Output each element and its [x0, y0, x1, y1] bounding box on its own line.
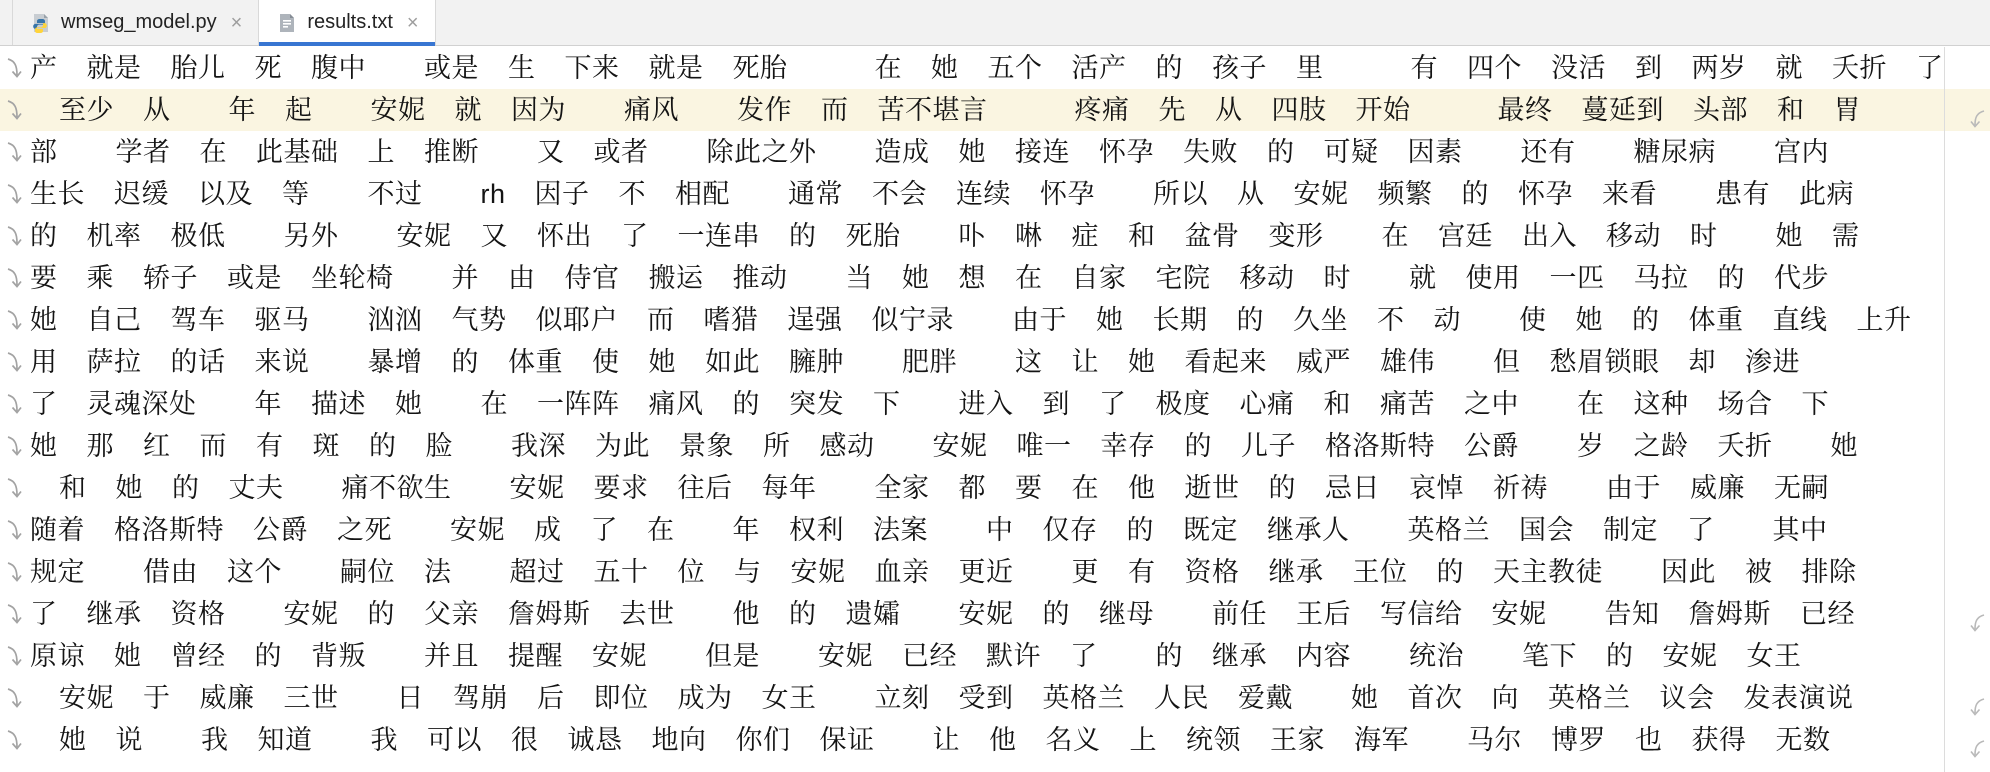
active-tab-underline — [259, 42, 434, 46]
editor-line[interactable]: 安妮 于 威廉 三世 日 驾崩 后 即位 成为 女王 立刻 受到 英格兰 人民 … — [0, 677, 1990, 719]
line-text: 安妮 于 威廉 三世 日 驾崩 后 即位 成为 女王 立刻 受到 英格兰 人民 … — [30, 677, 1854, 719]
editor-line[interactable]: 规定 借由 这个 嗣位 法 超过 五十 位 与 安妮 血亲 更近 更 有 资格 … — [0, 551, 1990, 593]
editor-line[interactable]: 的 机率 极低 另外 安妮 又 怀出 了 一连串 的 死胎 卟 啉 症 和 盆骨… — [0, 215, 1990, 257]
line-text: 她 那 红 而 有 斑 的 脸 我深 为此 景象 所 感动 安妮 唯一 幸存 的… — [30, 425, 1858, 467]
soft-wrap-arrow-icon — [5, 435, 23, 459]
soft-wrap-arrow-icon — [5, 393, 23, 417]
soft-wrap-arrow-icon — [5, 99, 23, 123]
soft-wrap-arrow-icon — [5, 729, 23, 753]
line-text: 生长 迟缓 以及 等 不过 rh 因子 不 相配 通常 不会 连续 怀孕 所以 … — [30, 173, 1854, 215]
soft-wrap-arrow-icon — [5, 603, 23, 627]
editor-line[interactable]: 生长 迟缓 以及 等 不过 rh 因子 不 相配 通常 不会 连续 怀孕 所以 … — [0, 173, 1990, 215]
editor-line[interactable]: 用 萨拉 的话 来说 暴增 的 体重 使 她 如此 臃肿 肥胖 这 让 她 看起… — [0, 341, 1990, 383]
line-text: 至少 从 年 起 安妮 就 因为 痛风 发作 而 苦不堪言 疼痛 先 从 四肢 … — [30, 89, 1861, 131]
editor-tab-bar: wmseg_model.py × results.txt × — [0, 0, 1990, 46]
editor-line[interactable]: 她 自己 驾车 驱马 汹汹 气势 似耶户 而 嗜猎 逞强 似宁录 由于 她 长期… — [0, 299, 1990, 341]
line-text: 用 萨拉 的话 来说 暴增 的 体重 使 她 如此 臃肿 肥胖 这 让 她 看起… — [30, 341, 1800, 383]
soft-wrap-arrow-icon — [5, 141, 23, 165]
tab-label: results.txt — [307, 11, 393, 34]
line-text: 和 她 的 丈夫 痛不欲生 安妮 要求 往后 每年 全家 都 要 在 他 逝世 … — [30, 467, 1829, 509]
soft-wrap-right-icon — [1969, 109, 1987, 131]
soft-wrap-right-icon — [1969, 739, 1987, 761]
ide-window: wmseg_model.py × results.txt × 产 就是 胎儿 死… — [0, 0, 1990, 772]
soft-wrap-arrow-icon — [5, 309, 23, 333]
editor-line[interactable]: 了 灵魂深处 年 描述 她 在 一阵阵 痛风 的 突发 下 进入 到 了 极度 … — [0, 383, 1990, 425]
soft-wrap-arrow-icon — [5, 561, 23, 585]
soft-wrap-arrow-icon — [5, 267, 23, 291]
line-text: 原谅 她 曾经 的 背叛 并且 提醒 安妮 但是 安妮 已经 默许 了 的 继承… — [30, 635, 1802, 677]
editor-line[interactable]: 她 说 我 知道 我 可以 很 诚恳 地向 你们 保证 让 他 名义 上 统领 … — [0, 719, 1990, 761]
editor-pane[interactable]: 产 就是 胎儿 死 腹中 或是 生 下来 就是 死胎 在 她 五个 活产 的 孩… — [0, 47, 1990, 772]
editor-line[interactable]: 部 学者 在 此基础 上 推断 又 或者 除此之外 造成 她 接连 怀孕 失败 … — [0, 131, 1990, 173]
editor-line[interactable]: 要 乘 轿子 或是 坐轮椅 并 由 侍官 搬运 推动 当 她 想 在 自家 宅院… — [0, 257, 1990, 299]
soft-wrap-arrow-icon — [5, 225, 23, 249]
line-text: 了 灵魂深处 年 描述 她 在 一阵阵 痛风 的 突发 下 进入 到 了 极度 … — [30, 383, 1829, 425]
tab-results-txt[interactable]: results.txt × — [259, 0, 435, 45]
tab-wmseg-model-py[interactable]: wmseg_model.py × — [12, 0, 259, 45]
editor-line[interactable]: 原谅 她 曾经 的 背叛 并且 提醒 安妮 但是 安妮 已经 默许 了 的 继承… — [0, 635, 1990, 677]
line-text: 规定 借由 这个 嗣位 法 超过 五十 位 与 安妮 血亲 更近 更 有 资格 … — [30, 551, 1857, 593]
soft-wrap-arrow-icon — [5, 57, 23, 81]
soft-wrap-arrow-icon — [5, 183, 23, 207]
soft-wrap-arrow-icon — [5, 477, 23, 501]
line-text: 了 继承 资格 安妮 的 父亲 詹姆斯 去世 他 的 遗孀 安妮 的 继母 前任… — [30, 593, 1855, 635]
editor-line[interactable]: 和 她 的 丈夫 痛不欲生 安妮 要求 往后 每年 全家 都 要 在 他 逝世 … — [0, 467, 1990, 509]
editor-line[interactable]: 至少 从 年 起 安妮 就 因为 痛风 发作 而 苦不堪言 疼痛 先 从 四肢 … — [0, 89, 1990, 131]
editor-line[interactable]: 了 继承 资格 安妮 的 父亲 詹姆斯 去世 他 的 遗孀 安妮 的 继母 前任… — [0, 593, 1990, 635]
close-icon[interactable]: × — [231, 13, 243, 33]
editor-lines: 产 就是 胎儿 死 腹中 或是 生 下来 就是 死胎 在 她 五个 活产 的 孩… — [0, 47, 1990, 761]
line-text: 随着 格洛斯特 公爵 之死 安妮 成 了 在 年 权利 法案 中 仅存 的 既定… — [30, 509, 1828, 551]
editor-line[interactable]: 产 就是 胎儿 死 腹中 或是 生 下来 就是 死胎 在 她 五个 活产 的 孩… — [0, 47, 1990, 89]
tab-label: wmseg_model.py — [61, 11, 217, 34]
soft-wrap-right-icon — [1969, 613, 1987, 635]
soft-wrap-arrow-icon — [5, 519, 23, 543]
soft-wrap-arrow-icon — [5, 351, 23, 375]
text-file-icon — [277, 13, 297, 33]
soft-wrap-arrow-icon — [5, 687, 23, 711]
editor-line[interactable]: 随着 格洛斯特 公爵 之死 安妮 成 了 在 年 权利 法案 中 仅存 的 既定… — [0, 509, 1990, 551]
soft-wrap-right-icon — [1969, 697, 1987, 719]
line-text: 要 乘 轿子 或是 坐轮椅 并 由 侍官 搬运 推动 当 她 想 在 自家 宅院… — [30, 257, 1829, 299]
line-text: 部 学者 在 此基础 上 推断 又 或者 除此之外 造成 她 接连 怀孕 失败 … — [30, 131, 1829, 173]
line-text: 她 自己 驾车 驱马 汹汹 气势 似耶户 而 嗜猎 逞强 似宁录 由于 她 长期… — [30, 299, 1912, 341]
editor-line[interactable]: 她 那 红 而 有 斑 的 脸 我深 为此 景象 所 感动 安妮 唯一 幸存 的… — [0, 425, 1990, 467]
line-text: 的 机率 极低 另外 安妮 又 怀出 了 一连串 的 死胎 卟 啉 症 和 盆骨… — [30, 215, 1860, 257]
close-icon[interactable]: × — [407, 13, 419, 33]
soft-wrap-arrow-icon — [5, 645, 23, 669]
line-text: 产 就是 胎儿 死 腹中 或是 生 下来 就是 死胎 在 她 五个 活产 的 孩… — [30, 47, 1944, 89]
line-text: 她 说 我 知道 我 可以 很 诚恳 地向 你们 保证 让 他 名义 上 统领 … — [30, 719, 1831, 761]
python-file-icon — [31, 13, 51, 33]
